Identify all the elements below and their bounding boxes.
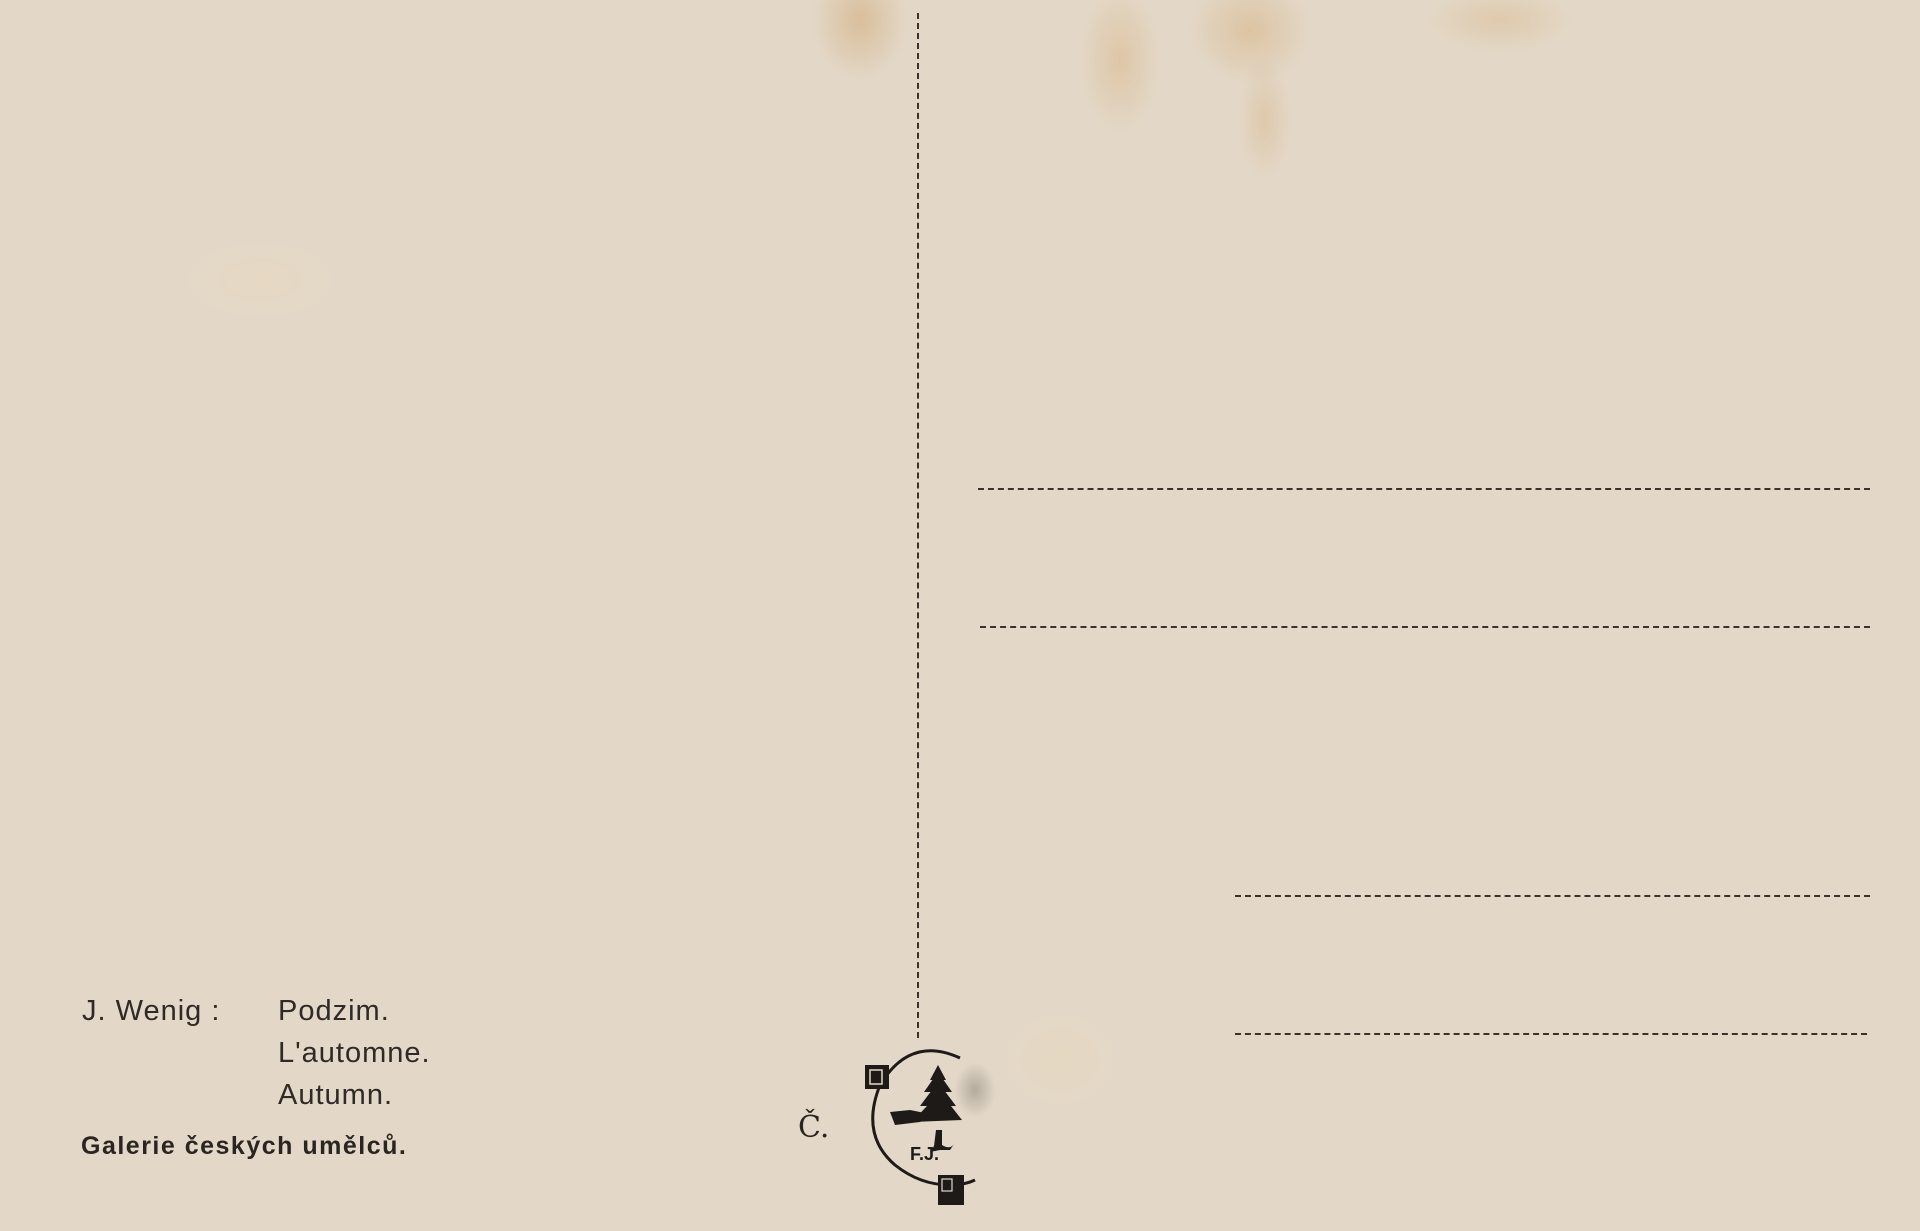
address-line-4 <box>1235 1033 1867 1035</box>
publisher-name: Galerie českých umělců. <box>81 1132 407 1161</box>
title-english: Autumn. <box>278 1074 431 1116</box>
printer-mark: Č. <box>798 1110 829 1145</box>
divider-line <box>917 13 919 1038</box>
address-line-2 <box>980 626 1870 628</box>
title-french: L'automne. <box>278 1032 431 1074</box>
artist-name: J. Wenig : <box>82 990 220 1032</box>
title-czech: Podzim. <box>278 990 431 1032</box>
address-line-3 <box>1235 895 1870 897</box>
postcard-back: J. Wenig : Podzim. L'automne. Autumn. Ga… <box>0 0 1920 1231</box>
logo-initials: F.J. <box>910 1144 939 1164</box>
tree-logo-icon: F.J. <box>850 1040 980 1205</box>
address-line-1 <box>978 488 1870 490</box>
artwork-titles: Podzim. L'automne. Autumn. <box>278 990 431 1116</box>
